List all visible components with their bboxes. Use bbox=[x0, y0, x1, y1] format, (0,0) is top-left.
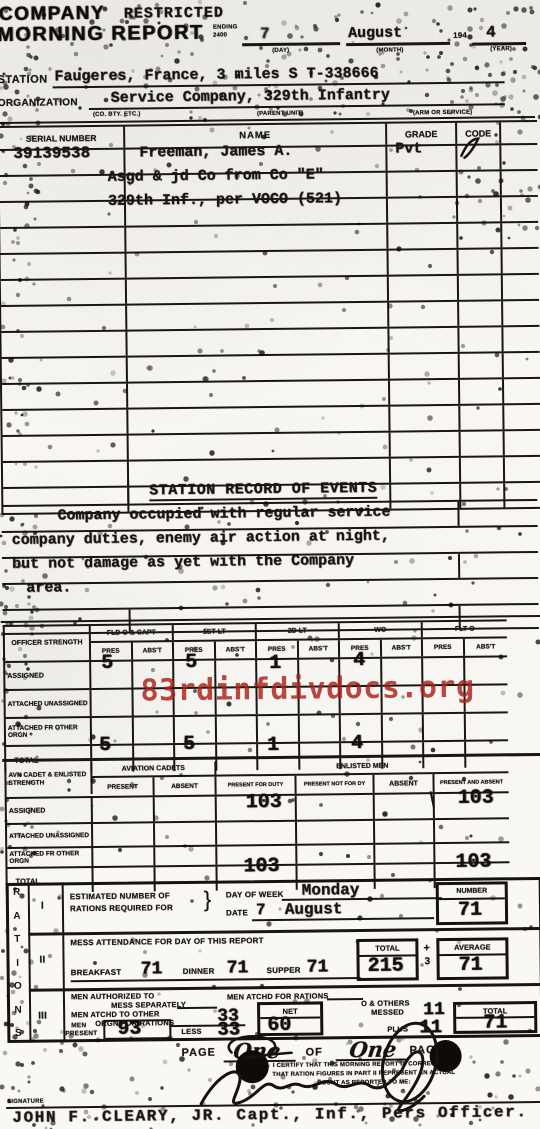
page-one-loop bbox=[229, 1036, 292, 1058]
watermark-text: 83rdinfdivdocs.org bbox=[140, 670, 474, 709]
signature-script bbox=[201, 1070, 370, 1103]
absent-tick-mark bbox=[431, 792, 434, 807]
signature-script-tail bbox=[370, 1052, 425, 1111]
morning-report-scan: COMPANY RESTRICTED MORNING REPORT ENDING… bbox=[0, 0, 540, 1129]
handwritten-marks bbox=[0, 0, 540, 1129]
code-handwritten-mark bbox=[461, 139, 478, 158]
form-body: COMPANY RESTRICTED MORNING REPORT ENDING… bbox=[0, 0, 540, 1129]
scan-noise-overlay bbox=[0, 0, 2, 2]
